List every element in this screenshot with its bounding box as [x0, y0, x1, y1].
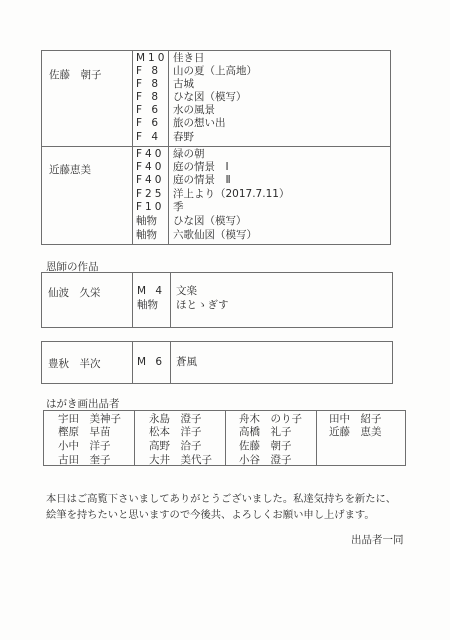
column-divider	[132, 272, 133, 328]
work-title: 山の夏（上高地）	[173, 65, 257, 77]
artist-name: 近藤恵美	[49, 162, 91, 177]
work-title: 六歌仙図（模写）	[173, 229, 257, 241]
exhibitor-name: 小中 洋子	[58, 438, 111, 453]
group-divider	[41, 146, 391, 147]
work-size: F 4	[136, 131, 161, 143]
signature: 出品者一同	[351, 532, 404, 548]
column-divider	[134, 410, 135, 466]
work-size: M10	[136, 52, 167, 64]
work-title: 蒼風	[176, 356, 197, 368]
work-title: 佳き日	[173, 52, 205, 64]
exhibitor-name: 古田 奎子	[58, 452, 111, 467]
work-title: 季	[173, 201, 184, 213]
teacher-name: 豊秋 半次	[48, 356, 101, 371]
work-title: 庭の情景 Ⅰ	[173, 161, 229, 173]
work-size: 軸物	[137, 299, 158, 311]
exhibitor-name: 樫原 早苗	[58, 424, 111, 439]
work-title: 古城	[173, 78, 194, 90]
work-size: F40	[136, 148, 164, 160]
work-size: F 6	[136, 104, 161, 116]
work-size: F25	[136, 188, 164, 200]
work-size: 軸物	[136, 229, 157, 241]
column-divider	[132, 341, 133, 384]
column-divider	[168, 50, 169, 245]
closing-message-line-2: 絵筆を持ちたいと思いますので今後共、よろしくお願い申し上げます。	[46, 507, 375, 523]
teacher-name: 仙波 久栄	[48, 285, 101, 300]
work-size: F40	[136, 174, 164, 186]
column-divider	[132, 50, 133, 245]
work-title: 洋上より（2017.7.11）	[173, 188, 289, 200]
exhibitor-name: 小谷 澄子	[239, 452, 292, 467]
postcard-section-label: はがき画出品者	[46, 396, 120, 411]
work-title: 水の風景	[173, 104, 215, 116]
artist-name: 佐藤 朝子	[49, 67, 102, 82]
work-title: 緑の朝	[173, 148, 205, 160]
exhibitor-name: 近藤 恵美	[329, 424, 382, 439]
work-title: ひな図（模写）	[173, 91, 247, 103]
column-divider	[170, 341, 171, 384]
work-size: F 8	[136, 91, 161, 103]
work-title: 旅の想い出	[173, 117, 226, 129]
column-divider	[170, 272, 171, 328]
work-title: ほとゝぎす	[176, 299, 229, 311]
work-size: F40	[136, 161, 164, 173]
work-size: F 6	[136, 117, 161, 129]
work-size: M 6	[137, 356, 165, 368]
exhibitor-name: 高橋 礼子	[239, 424, 292, 439]
exhibitor-name: 松本 洋子	[149, 424, 202, 439]
work-size: F 8	[136, 78, 161, 90]
work-size: F 8	[136, 65, 161, 77]
exhibitor-name: 高野 洽子	[149, 438, 202, 453]
exhibitor-name: 大井 美代子	[149, 452, 212, 467]
column-divider	[225, 410, 226, 466]
work-size: M 4	[137, 285, 165, 297]
closing-message-line-1: 本日はご高覧下さいましてありがとうございました。私達気持ちを新たに、	[46, 491, 396, 507]
work-title: 庭の情景 Ⅱ	[173, 174, 231, 186]
exhibitor-name: 佐藤 朝子	[239, 438, 292, 453]
work-title: ひな図（模写）	[173, 215, 247, 227]
work-size: 軸物	[136, 215, 157, 227]
work-size: F10	[136, 201, 164, 213]
column-divider	[316, 410, 317, 466]
work-title: 春野	[173, 131, 194, 143]
work-title: 文楽	[176, 285, 197, 297]
